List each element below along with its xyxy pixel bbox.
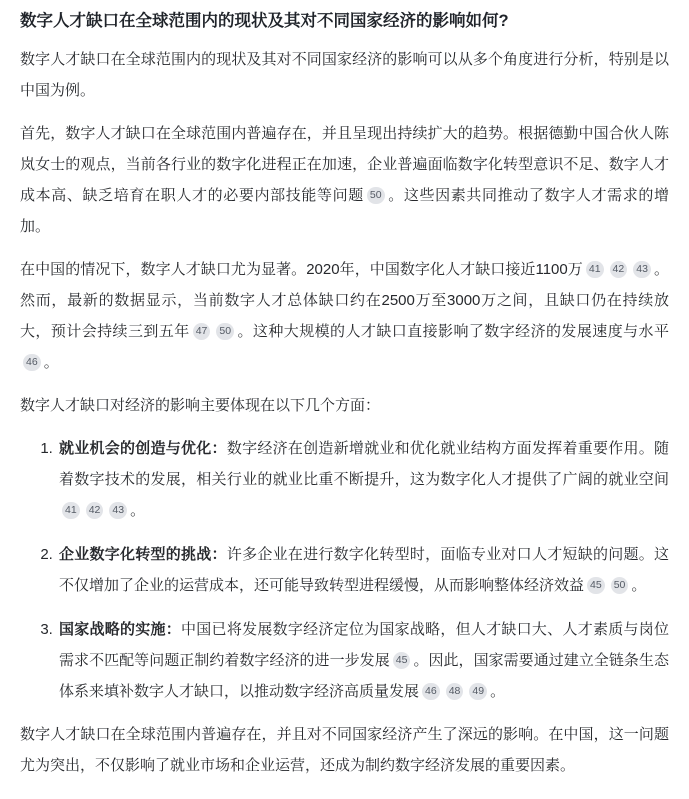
paragraph: 数字人才缺口对经济的影响主要体现在以下几个方面： xyxy=(20,390,669,421)
emphasis-text: 国家战略的实施： xyxy=(59,621,181,638)
citation-badge[interactable]: 50 xyxy=(216,323,234,340)
citation-badge[interactable]: 43 xyxy=(109,502,127,519)
paragraph: 首先，数字人才缺口在全球范围内普遍存在，并且呈现出持续扩大的趋势。根据德勤中国合… xyxy=(20,118,669,242)
list-item: 就业机会的创造与优化：数字经济在创造新增就业和优化就业结构方面发挥着重要作用。随… xyxy=(57,433,669,526)
body-text: 。 xyxy=(490,683,505,700)
body-text: 在中国的情况下，数字人才缺口尤为显著。2020年，中国数字化人才缺口接近1100… xyxy=(20,261,583,278)
citation-badge[interactable]: 48 xyxy=(446,683,464,700)
body-text: 。 xyxy=(44,354,59,371)
citation-badge[interactable]: 49 xyxy=(469,683,487,700)
closing-paragraph: 数字人才缺口在全球范围内普遍存在，并且对不同国家经济产生了深远的影响。在中国，这… xyxy=(20,719,669,781)
answer-document: 数字人才缺口在全球范围内的现状及其对不同国家经济的影响如何? 数字人才缺口在全球… xyxy=(0,0,689,799)
paragraph: 在中国的情况下，数字人才缺口尤为显著。2020年，中国数字化人才缺口接近1100… xyxy=(20,254,669,378)
list-item: 国家战略的实施：中国已将发展数字经济定位为国家战略，但人才缺口大、人才素质与岗位… xyxy=(57,614,669,707)
body-text: 。 xyxy=(631,577,646,594)
body-text: 数字人才缺口对经济的影响主要体现在以下几个方面： xyxy=(20,397,380,414)
citation-badge[interactable]: 42 xyxy=(610,261,628,278)
citation-badge[interactable]: 45 xyxy=(587,577,605,594)
paragraph: 数字人才缺口在全球范围内的现状及其对不同国家经济的影响可以从多个角度进行分析，特… xyxy=(20,44,669,106)
emphasis-text: 企业数字化转型的挑战： xyxy=(59,546,227,563)
citation-badge[interactable]: 41 xyxy=(62,502,80,519)
citation-badge[interactable]: 46 xyxy=(422,683,440,700)
question-title: 数字人才缺口在全球范围内的现状及其对不同国家经济的影响如何? xyxy=(20,9,669,33)
citation-badge[interactable]: 47 xyxy=(193,323,211,340)
citation-badge[interactable]: 45 xyxy=(393,652,411,669)
body-text: 数字人才缺口在全球范围内普遍存在，并且对不同国家经济产生了深远的影响。在中国，这… xyxy=(20,726,669,774)
citation-badge[interactable]: 46 xyxy=(23,354,41,371)
citation-badge[interactable]: 50 xyxy=(611,577,629,594)
citation-badge[interactable]: 41 xyxy=(586,261,604,278)
body-text: 。这种大规模的人才缺口直接影响了数字经济的发展速度与水平 xyxy=(237,323,669,340)
citation-badge[interactable]: 43 xyxy=(633,261,651,278)
body-text: 数字人才缺口在全球范围内的现状及其对不同国家经济的影响可以从多个角度进行分析，特… xyxy=(20,51,669,99)
list-item: 企业数字化转型的挑战：许多企业在进行数字化转型时，面临专业对口人才短缺的问题。这… xyxy=(57,539,669,601)
body-text: 。 xyxy=(130,502,145,519)
answer-paragraphs: 数字人才缺口在全球范围内的现状及其对不同国家经济的影响可以从多个角度进行分析，特… xyxy=(20,44,669,421)
emphasis-text: 就业机会的创造与优化： xyxy=(59,440,227,457)
impact-list: 就业机会的创造与优化：数字经济在创造新增就业和优化就业结构方面发挥着重要作用。随… xyxy=(20,433,669,707)
citation-badge[interactable]: 50 xyxy=(367,187,385,204)
citation-badge[interactable]: 42 xyxy=(86,502,104,519)
